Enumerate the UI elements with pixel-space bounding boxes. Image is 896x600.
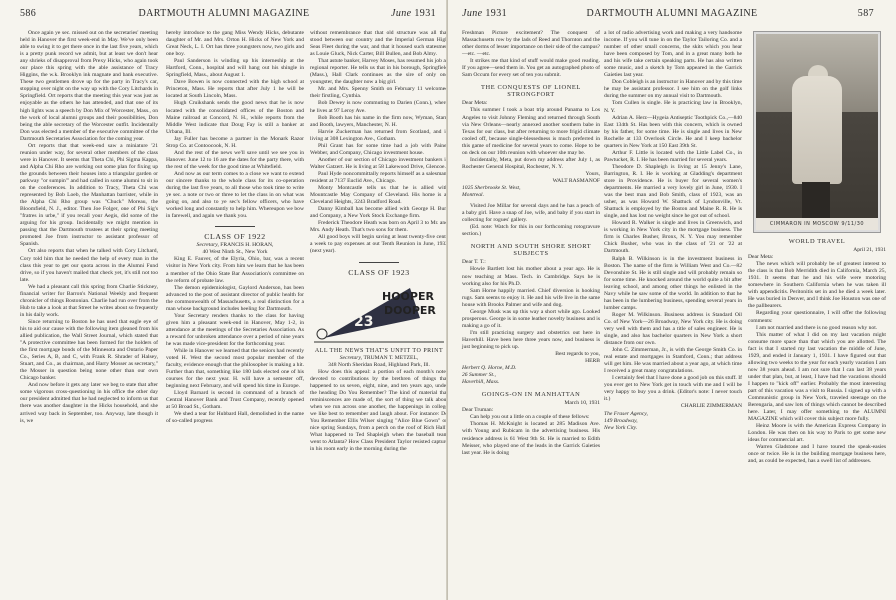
paragraph: The news which will probably be of great…	[748, 261, 886, 310]
paragraph: Monty Montcastle tells us that he is all…	[310, 185, 448, 206]
column-3: without remembrance that that old struct…	[310, 30, 448, 453]
paragraph: Danny Kimball has become allied with Geo…	[310, 206, 448, 220]
section-heading: CLASS OF 1923	[310, 269, 448, 276]
paragraph: This matter of what I did on my last vac…	[748, 332, 886, 424]
magazine-title: DARTMOUTH ALUMNI MAGAZINE	[0, 8, 448, 19]
paragraph: Frederick Theodore Heath was born on Apr…	[310, 220, 448, 234]
paragraph: Paul Sanderson is winding up his interne…	[166, 58, 304, 79]
section-heading: GOINGS-ON IN MANHATTAN	[462, 391, 600, 398]
paragraph: Incidentally, Meta, put down my address …	[462, 157, 600, 171]
salutation: Dear Meta:	[462, 100, 600, 107]
class-motto: ALL THE NEWS THAT'S UNFIT TO PRINT	[310, 348, 448, 355]
section-heading: WORLD TRAVEL	[748, 238, 886, 245]
column-1: Once again ye sec. missed out on the sec…	[20, 30, 158, 425]
divider	[359, 262, 399, 263]
paragraph: Thomas H. McKnight is located at 285 Mad…	[462, 421, 600, 456]
paragraph: Adrian A. Herz—Hygeia Antiseptic Toothpi…	[604, 115, 742, 150]
paragraph: Ort reports that that week-end saw a min…	[20, 143, 158, 249]
paragraph: Your Secretary renders thanks to the cla…	[166, 313, 304, 348]
paragraph: hereby introduce to the gang Miss Wendy …	[166, 30, 304, 58]
letter-date: March 10, 1931	[462, 400, 600, 407]
paragraph: Theodore D. Shapleigh is living at 15 Je…	[604, 164, 742, 220]
photo-subject-coat	[792, 76, 842, 184]
magazine-title: DARTMOUTH ALUMNI MAGAZINE	[448, 8, 896, 19]
paragraph: And now before it gets any later we beg …	[20, 382, 158, 424]
right-page: June 1931 DARTMOUTH ALUMNI MAGAZINE 587 …	[448, 0, 896, 600]
paragraph: Howard R. Walker is single and lives in …	[604, 220, 742, 255]
address-line: 26 Summer St.,	[462, 372, 600, 379]
paragraph: Hugh Cruikshank sends the good news that…	[166, 100, 304, 135]
closing: Yours,	[462, 171, 600, 178]
address-line: Haverhill, Mass.	[462, 379, 600, 386]
paragraph: a lot of radio advertising work and maki…	[604, 30, 742, 79]
paragraph: George Musk was up this way a short whil…	[462, 309, 600, 330]
paragraph: I'm still practicing surgery and obstetr…	[462, 330, 600, 351]
address-line: 1025 Sherbrooke St. West,	[462, 185, 600, 192]
paragraph: Warren Gladstone and I have toured the s…	[748, 444, 886, 465]
paragraph: We shed a tear for Hubbard Hall, demolis…	[166, 411, 304, 425]
paragraph: Dave Bowen is now connected with the hig…	[166, 79, 304, 100]
paragraph: Can help you out a little on a couple of…	[462, 414, 600, 421]
paragraph: While in Hanover we learned that the sen…	[166, 348, 304, 390]
column-2: a lot of radio advertising work and maki…	[604, 30, 742, 432]
paragraph: And the rest of the news we'll save unti…	[166, 150, 304, 171]
paragraph: Ralph B. Wilkinson is in the investment …	[604, 256, 742, 312]
left-page: 586 DARTMOUTH ALUMNI MAGAZINE June 1931 …	[0, 0, 448, 600]
paragraph: Howie Bartlett lost his mother about a y…	[462, 266, 600, 287]
paragraph: Heinz Moore is with the American Express…	[748, 423, 886, 444]
page-number: 587	[858, 8, 874, 19]
paragraph: Lloyd Barnard is second in command of a …	[166, 390, 304, 411]
paragraph: That astute banker, Harvey Moses, has re…	[310, 58, 448, 86]
paragraph: This summer I took a boat trip around Pa…	[462, 107, 600, 156]
paragraph: Once again ye sec. missed out on the sec…	[20, 30, 158, 143]
paragraph: Ort also reports that when he talked wit…	[20, 248, 158, 283]
running-head-right: June 1931 DARTMOUTH ALUMNI MAGAZINE 587	[448, 8, 896, 22]
divider	[215, 226, 255, 227]
paragraph: Jay Fuller has become a partner in the M…	[166, 136, 304, 150]
paragraph: John C. Zimmerman, Jr., is with the Geor…	[604, 347, 742, 375]
paragraph: Another of our section of Chicago invest…	[310, 157, 448, 171]
address-line: New York City.	[604, 425, 742, 432]
paragraph: Arthur F. Little is located with the Lit…	[604, 150, 742, 164]
address-line: Montreal.	[462, 192, 600, 199]
paragraph: without remembrance that that old struct…	[310, 30, 448, 58]
column-1: Freshman Picture excitement? The conques…	[462, 30, 600, 457]
paragraph: The demon epidemiologist, Gaylord Anders…	[166, 285, 304, 313]
running-head-left: 586 DARTMOUTH ALUMNI MAGAZINE June 1931	[0, 8, 448, 22]
paragraph: Mr. and Mrs. Spenny Smith on February 11…	[310, 86, 448, 100]
class-pennant-illustration: 23 HOOPER DOOPER	[310, 278, 448, 344]
paragraph: Since returning to Boston he has used th…	[20, 319, 158, 382]
address-line: Herbert Q. Horne, M.D.	[462, 365, 600, 372]
signature: HERB	[462, 358, 600, 365]
paragraph: Bob Dewey is now commuting to Darien (Co…	[310, 100, 448, 114]
paragraph: Don Cobleigh is an instructor in Hanover…	[604, 79, 742, 100]
photograph: CIMMARON IN MOSCOW 9/11/30	[754, 32, 880, 232]
paragraph: Bob Booth has his name in the firm now, …	[310, 115, 448, 129]
svg-text:23: 23	[354, 314, 373, 330]
section-heading: THE CONQUESTS OF LIONEL STRONGFORT	[462, 84, 600, 98]
svg-text:DOOPER: DOOPER	[384, 304, 436, 317]
paragraph: How does this appeal: a portion of each …	[310, 369, 448, 454]
paragraph: Sam Horne happily married. Chief diversi…	[462, 288, 600, 309]
paragraph: Roger M. Wilkinson. Business address is …	[604, 312, 742, 347]
section-heading: NORTH AND SOUTH SHORE SHORT SUBJECTS	[462, 243, 600, 257]
paragraph: Harvie Zuckerman has returned from Scotl…	[310, 129, 448, 143]
paragraph: Phil Grant has for some time had a job w…	[310, 143, 448, 157]
letter-date: April 21, 1931	[748, 247, 886, 254]
paragraph: It strikes me that kind of stuff would m…	[462, 58, 600, 79]
signature: CHARLIE ZIMMERMAN	[604, 403, 742, 410]
paragraph: Tom Cullen is single. He is practicing l…	[604, 100, 742, 114]
paragraph: (Ed. note: Watch for this in our forthco…	[462, 224, 600, 238]
paragraph: Regarding your questionnaire, I will off…	[748, 310, 886, 324]
salutation: Dear T. T.:	[462, 259, 600, 266]
paragraph: Paul Hyde noncommittally reports himself…	[310, 171, 448, 185]
paragraph: Freshman Picture excitement? The conques…	[462, 30, 600, 58]
column-2: hereby introduce to the gang Miss Wendy …	[166, 30, 304, 426]
paragraph: We had a pleasant call this spring from …	[20, 284, 158, 319]
secretary-address: 348 North Sheridan Road, Highland Park, …	[310, 362, 448, 369]
paragraph: All good boys will begin saving at least…	[310, 234, 448, 255]
paragraph: I certainly feel that I have done a good…	[604, 375, 742, 403]
secretary-line: Secretary, FRANCIS H. HORAN,	[166, 242, 304, 249]
photo-subject-legs	[802, 182, 830, 218]
address-line: The Fraser Agency,	[604, 411, 742, 418]
paragraph: King E. Fauver, of the Elyria, Ohio, bar…	[166, 256, 304, 284]
address-line: 149 Broadway,	[604, 418, 742, 425]
photo-caption: CIMMARON IN MOSCOW 9/11/30	[756, 218, 878, 230]
paragraph: And now as our term comes to a close we …	[166, 171, 304, 220]
section-heading: CLASS OF 1922	[166, 233, 304, 240]
closing: Best regards to you,	[462, 351, 600, 358]
secretary-line: Secretary, TRUMAN T. METZEL,	[310, 355, 448, 362]
signature: WALT RASMANOF	[462, 178, 600, 185]
issue-date: June 1931	[391, 8, 436, 19]
svg-text:HOOPER: HOOPER	[382, 290, 434, 303]
paragraph: Visited Joe Millar for several days and …	[462, 203, 600, 224]
column-3: CIMMARON IN MOSCOW 9/11/30 WORLD TRAVEL …	[748, 30, 886, 466]
paragraph: I am not married and there is no good re…	[748, 325, 886, 332]
pennant-icon: 23 HOOPER DOOPER	[310, 278, 448, 344]
